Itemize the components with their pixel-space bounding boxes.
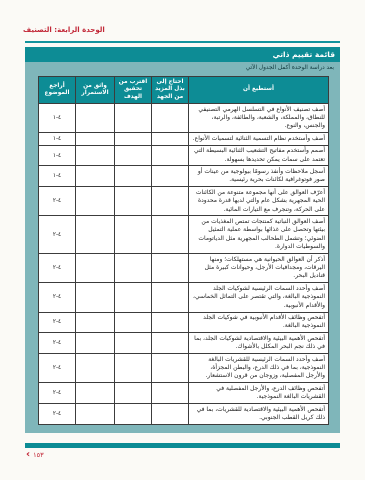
- answer-cell[interactable]: [152, 354, 189, 383]
- statement-cell: أذكر أن العوالق الحيوانية هي مستهلكات؛ و…: [189, 254, 329, 283]
- table-row: أسجل ملاحظات وأنفذ رسومًا بيولوجية من عي…: [39, 166, 329, 187]
- reference-cell: ٤-٢: [39, 354, 76, 383]
- answer-cell[interactable]: [115, 187, 152, 216]
- answer-cell[interactable]: [76, 283, 115, 312]
- statement-cell: أتفحص وظائف الدرع، والأرجل المفصلية في ا…: [189, 383, 329, 404]
- answer-cell[interactable]: [115, 404, 152, 425]
- self-assessment-box: قائمة تقييم ذاتي بعد دراسة الوحدة أكمل ا…: [25, 47, 340, 433]
- unit-header: الوحدة الرابعة: التصنيف: [23, 26, 105, 34]
- statement-cell: أصف وأحدد السمات الرئيسية للقشريات البال…: [189, 354, 329, 383]
- table-row: أذكر أن العوالق الحيوانية هي مستهلكات؛ و…: [39, 254, 329, 283]
- answer-cell[interactable]: [115, 166, 152, 187]
- reference-cell: ٤-١: [39, 166, 76, 187]
- statement-cell: أصمم وأستخدم مفاتيح التشعيب الثنائية الب…: [189, 145, 329, 166]
- page-number: ‹ ١٥٣: [26, 450, 44, 460]
- table-row: أتفحص الأهمية البيئية والاقتصادية لشوكيا…: [39, 333, 329, 354]
- statement-cell: أصف تصنيف الأنواع في التسلسل الهرمي التص…: [189, 104, 329, 133]
- answer-cell[interactable]: [76, 187, 115, 216]
- statement-cell: أصف وأحدد السمات الرئيسية لشوكيات الجلد …: [189, 283, 329, 312]
- answer-cell[interactable]: [152, 333, 189, 354]
- assessment-table: أستطيع أن احتاج إلى بذل المزيد من الجهد …: [38, 76, 329, 425]
- page-number-value: ١٥٣: [33, 450, 43, 460]
- table-row: أصف وأحدد السمات الرئيسية للقشريات البال…: [39, 354, 329, 383]
- answer-cell[interactable]: [152, 187, 189, 216]
- answer-cell[interactable]: [115, 133, 152, 145]
- reference-cell: ٤-١: [39, 145, 76, 166]
- table-row: أصف العوالق النباتية كمنتجات تمتص المغذي…: [39, 216, 329, 254]
- chevron-left-icon: ‹: [26, 450, 30, 460]
- answer-cell[interactable]: [76, 404, 115, 425]
- answer-cell[interactable]: [115, 104, 152, 133]
- header-divider-rule: [25, 41, 340, 43]
- footer-bar: [25, 443, 340, 448]
- answer-cell[interactable]: [76, 133, 115, 145]
- answer-cell[interactable]: [115, 254, 152, 283]
- reference-cell: ٤-٢: [39, 216, 76, 254]
- answer-cell[interactable]: [76, 254, 115, 283]
- answer-cell[interactable]: [76, 383, 115, 404]
- column-header-i-can: أستطيع أن: [189, 77, 329, 104]
- reference-cell: ٤-٢: [39, 383, 76, 404]
- reference-cell: ٤-٢: [39, 312, 76, 333]
- answer-cell[interactable]: [152, 283, 189, 312]
- assessment-title: قائمة تقييم ذاتي: [25, 47, 340, 62]
- answer-cell[interactable]: [152, 133, 189, 145]
- header-row: أستطيع أن احتاج إلى بذل المزيد من الجهد …: [39, 77, 329, 104]
- statement-cell: أسجل ملاحظات وأنفذ رسومًا بيولوجية من عي…: [189, 166, 329, 187]
- statement-cell: أتفحص الأهمية البيئية والاقتصادية للقشري…: [189, 404, 329, 425]
- assessment-subtitle: بعد دراسة الوحدة أكمل الجدول الآتي: [25, 62, 340, 75]
- table-row: أعرّف العوالق على أنها مجموعة متنوعة من …: [39, 187, 329, 216]
- reference-cell: ٤-١: [39, 133, 76, 145]
- reference-cell: ٤-٢: [39, 254, 76, 283]
- answer-cell[interactable]: [152, 383, 189, 404]
- answer-cell[interactable]: [152, 216, 189, 254]
- table-row: أتفحص وظائف الدرع، والأرجل المفصلية في ا…: [39, 383, 329, 404]
- answer-cell[interactable]: [76, 104, 115, 133]
- column-header-review-topic: أراجع الموضوع: [39, 77, 76, 104]
- statement-cell: أصف وأستخدم نظام التسمية الثنائية لتسميا…: [189, 133, 329, 145]
- table-row: أتفحص الأهمية البيئية والاقتصادية للقشري…: [39, 404, 329, 425]
- reference-cell: ٤-٢: [39, 283, 76, 312]
- answer-cell[interactable]: [115, 383, 152, 404]
- reference-cell: ٤-٢: [39, 187, 76, 216]
- answer-cell[interactable]: [115, 283, 152, 312]
- statement-cell: أعرّف العوالق على أنها مجموعة متنوعة من …: [189, 187, 329, 216]
- column-header-close-to-goal: اقترب من تحقيق الهدف: [115, 77, 152, 104]
- answer-cell[interactable]: [115, 333, 152, 354]
- column-header-confident-to-continue: واثق من الاستمرار: [76, 77, 115, 104]
- answer-cell[interactable]: [152, 404, 189, 425]
- table-row: أصف وأحدد السمات الرئيسية لشوكيات الجلد …: [39, 283, 329, 312]
- table-row: أصف وأستخدم نظام التسمية الثنائية لتسميا…: [39, 133, 329, 145]
- answer-cell[interactable]: [152, 145, 189, 166]
- answer-cell[interactable]: [152, 254, 189, 283]
- statement-cell: أتفحص الأهمية البيئية والاقتصادية لشوكيا…: [189, 333, 329, 354]
- reference-cell: ٤-٢: [39, 404, 76, 425]
- column-header-need-more-effort: احتاج إلى بذل المزيد من الجهد: [152, 77, 189, 104]
- textbook-page: الوحدة الرابعة: التصنيف قائمة تقييم ذاتي…: [0, 0, 365, 480]
- table-row: أصف تصنيف الأنواع في التسلسل الهرمي التص…: [39, 104, 329, 133]
- table-row: أتفحص وظائف الأقدام الأنبوبية في شوكيات …: [39, 312, 329, 333]
- answer-cell[interactable]: [115, 145, 152, 166]
- answer-cell[interactable]: [152, 166, 189, 187]
- reference-cell: ٤-١: [39, 104, 76, 133]
- answer-cell[interactable]: [76, 354, 115, 383]
- answer-cell[interactable]: [76, 145, 115, 166]
- reference-cell: ٤-٢: [39, 333, 76, 354]
- answer-cell[interactable]: [115, 312, 152, 333]
- answer-cell[interactable]: [76, 216, 115, 254]
- statement-cell: أتفحص وظائف الأقدام الأنبوبية في شوكيات …: [189, 312, 329, 333]
- answer-cell[interactable]: [115, 216, 152, 254]
- table-row: أصمم وأستخدم مفاتيح التشعيب الثنائية الب…: [39, 145, 329, 166]
- answer-cell[interactable]: [115, 354, 152, 383]
- answer-cell[interactable]: [152, 312, 189, 333]
- assessment-table-body: أصف تصنيف الأنواع في التسلسل الهرمي التص…: [39, 104, 329, 425]
- answer-cell[interactable]: [76, 333, 115, 354]
- assessment-table-header: أستطيع أن احتاج إلى بذل المزيد من الجهد …: [39, 77, 329, 104]
- answer-cell[interactable]: [76, 166, 115, 187]
- answer-cell[interactable]: [152, 104, 189, 133]
- statement-cell: أصف العوالق النباتية كمنتجات تمتص المغذي…: [189, 216, 329, 254]
- answer-cell[interactable]: [76, 312, 115, 333]
